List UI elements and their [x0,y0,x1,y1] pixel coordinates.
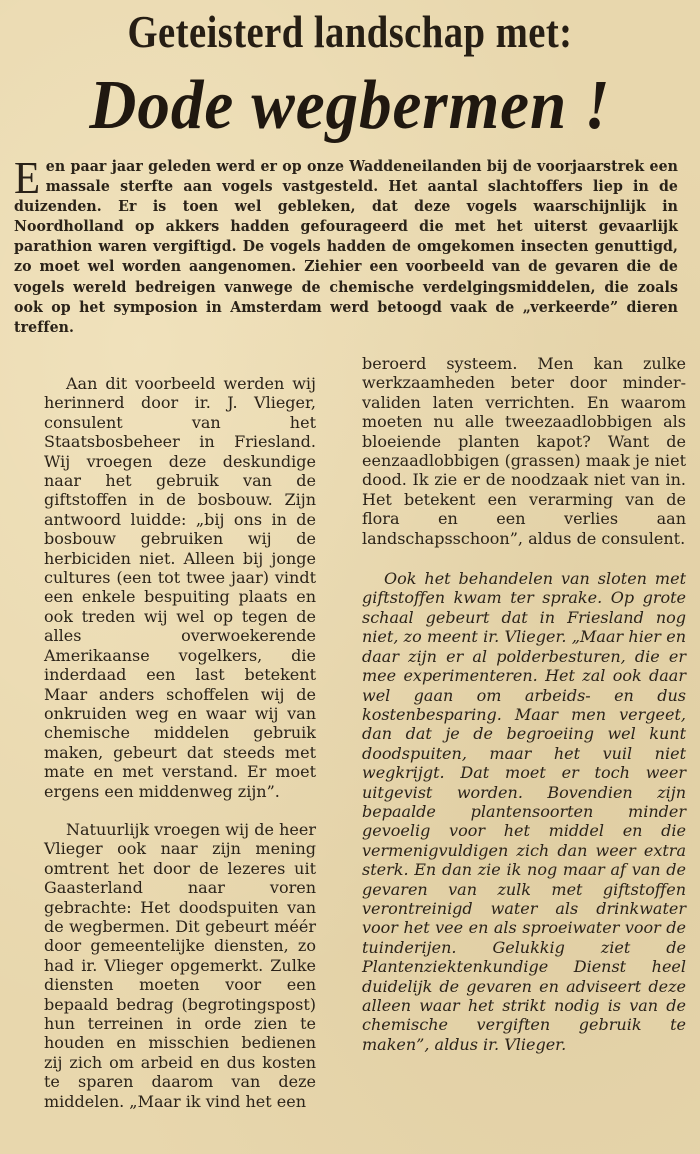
newspaper-clipping: Geteisterd landschap met: Dode wegbermen… [0,0,700,1154]
article-kicker: Geteisterd landschap met: [49,6,651,58]
paragraph: Aan dit voorbeeld werden wij herinnerd d… [44,374,316,801]
intro-text: en paar jaar geleden werd er op onze Wad… [14,157,678,336]
left-column: Aan dit voorbeeld werden wij herinnerd d… [44,374,316,1111]
drop-cap: E [14,160,40,196]
article-intro: E en paar jaar geleden werd er op onze W… [14,156,678,337]
paragraph: Natuurlijk vroegen wij de heer Vlieger o… [44,820,316,1111]
right-column: beroerd systeem. Men kan zulke werkzaamh… [362,354,686,1054]
paragraph-italic: Ook het behandelen van sloten met giftst… [362,569,686,1054]
paragraph-continuation: beroerd systeem. Men kan zulke werkzaamh… [362,354,686,548]
article-headline: Dode wegbermen ! [25,66,676,146]
